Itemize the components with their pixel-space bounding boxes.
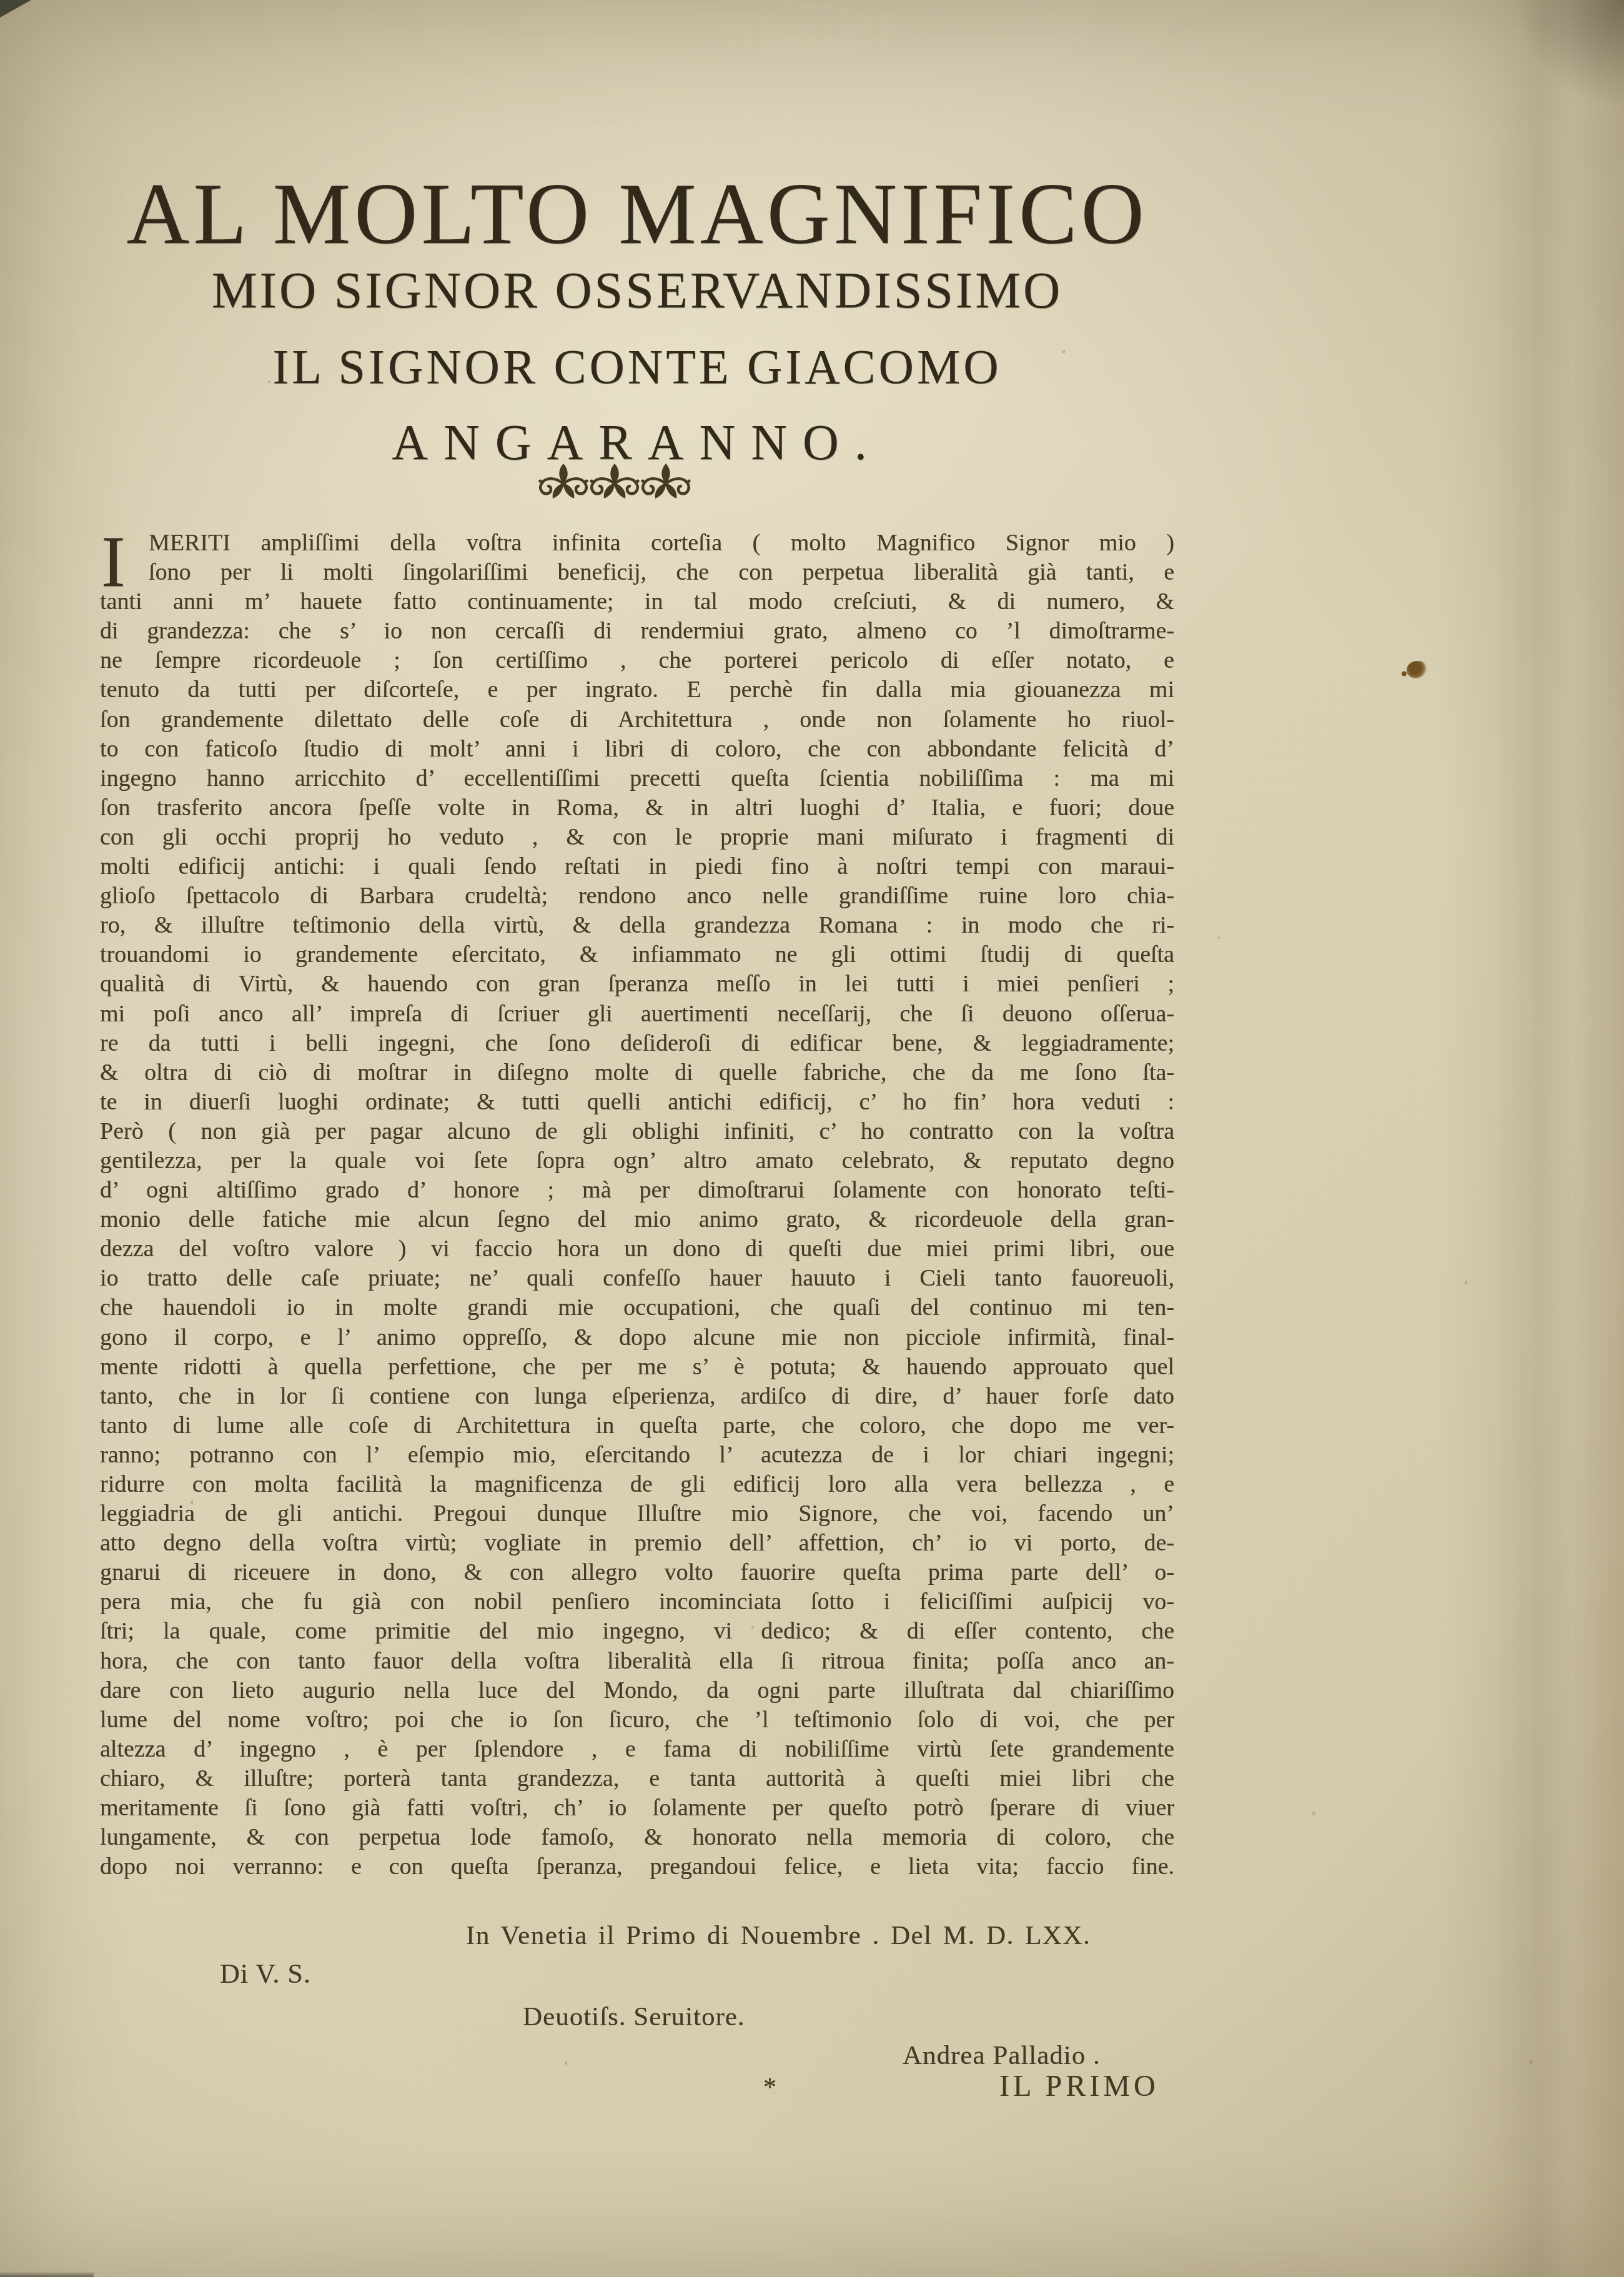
dedication-title-line-1: AL MOLTO MAGNIFICO — [100, 164, 1174, 264]
body-line: dezza del voſtro valore ) vi faccio hora… — [100, 1234, 1174, 1264]
body-line: te in diuerſi luoghi ordinate; & tutti q… — [100, 1088, 1174, 1117]
body-line: Però ( non già per pagar alcuno de gli o… — [100, 1117, 1174, 1146]
body-line: ſono per li molti ſingolariſſimi benefic… — [100, 558, 1174, 587]
body-line: ſon trasferito ancora ſpeſſe volte in Ro… — [100, 793, 1174, 823]
body-line: ſtri; la quale, come primitie del mio in… — [100, 1617, 1174, 1646]
scanned-book-page: AL MOLTO MAGNIFICO MIO SIGNOR OSSERVANDI… — [0, 0, 1624, 2277]
body-line: che hauendoli io in molte grandi mie occ… — [100, 1293, 1174, 1322]
body-line: MERITI ampliſſimi della voſtra infinita … — [100, 528, 1174, 558]
body-line: dare con lieto augurio nella luce del Mo… — [100, 1676, 1174, 1705]
body-line: ſon grandemente dilettato delle coſe di … — [100, 705, 1174, 735]
body-line: glioſo ſpettacolo di Barbara crudeltà; r… — [100, 881, 1174, 911]
body-line: molti edificij antichi: i quali ſendo re… — [100, 852, 1174, 881]
body-line: atto degno della voſtra virtù; vogliate … — [100, 1529, 1174, 1558]
text-column: AL MOLTO MAGNIFICO MIO SIGNOR OSSERVANDI… — [100, 0, 1174, 2277]
dedication-body-text: MERITI ampliſſimi della voſtra infinita … — [100, 528, 1174, 1882]
dedication-title-line-3: IL SIGNOR CONTE GIACOMO — [100, 339, 1174, 395]
body-line: pera mia, che fu già con nobil penſiero … — [100, 1587, 1174, 1617]
body-line: ridurre con molta facilità la magnificen… — [100, 1470, 1174, 1499]
body-line: mi poſi anco all’ impreſa di ſcriuer gli… — [100, 1000, 1174, 1029]
author-signature: Andrea Palladio . — [903, 2040, 1101, 2071]
body-line: hora, che con tanto fauor della voſtra l… — [100, 1647, 1174, 1676]
body-line: io tratto delle caſe priuate; ne’ quali … — [100, 1264, 1174, 1293]
body-line: d’ ogni altiſſimo grado d’ honore ; mà p… — [100, 1176, 1174, 1205]
paper-specks — [0, 0, 1, 1]
dark-corner-top-right — [1499, 0, 1624, 119]
body-line: dopo noi verranno: e con queſta ſperanza… — [100, 1852, 1174, 1882]
body-line: gentilezza, per la quale voi ſete ſopra … — [100, 1146, 1174, 1176]
body-line: ranno; potranno con l’ eſempio mio, eſer… — [100, 1441, 1174, 1470]
body-line: meritamente ſi ſono già fatti voſtri, ch… — [100, 1793, 1174, 1823]
dateline: In Venetia il Primo di Nouembre . Del M.… — [466, 1920, 1091, 1951]
body-line: con gli occhi proprij ho veduto , & con … — [100, 823, 1174, 852]
body-line: gono il corpo, e l’ animo oppreſſo, & do… — [100, 1323, 1174, 1352]
body-line: ro, & illuſtre teſtimonio della virtù, &… — [100, 911, 1174, 940]
body-line: qualità di Virtù, & hauendo con gran ſpe… — [100, 970, 1174, 999]
body-line: tanto di lume alle coſe di Architettura … — [100, 1411, 1174, 1441]
body-line: altezza d’ ingegno , è per ſplendore , e… — [100, 1735, 1174, 1764]
body-line: ingegno hanno arricchito d’ eccellentiſſ… — [100, 764, 1174, 793]
fleuron-ornament-icon — [535, 461, 694, 500]
body-line: tenuto da tutti per diſcorteſe, e per in… — [100, 675, 1174, 705]
body-line: trouandomi io grandemente eſercitato, & … — [100, 940, 1174, 970]
body-line: leggiadria de gli antichi. Pregoui dunqu… — [100, 1499, 1174, 1529]
ink-spot — [1407, 661, 1427, 678]
body-line: di grandezza: che s’ io non cercaſſi di … — [100, 617, 1174, 646]
body-line: re da tutti i belli ingegni, che ſono de… — [100, 1029, 1174, 1058]
servant-line: Deuotiſs. Seruitore. — [523, 2002, 745, 2032]
body-line: tanti anni m’ hauete fatto continuamente… — [100, 587, 1174, 617]
body-line: chiaro, & illuſtre; porterà tanta grande… — [100, 1764, 1174, 1793]
asterisk-mark: * — [763, 2073, 776, 2103]
body-line: lungamente, & con perpetua lode famoſo, … — [100, 1823, 1174, 1852]
body-line: tanto, che in lor ſi contiene con lunga … — [100, 1382, 1174, 1411]
page-fold-shading — [1437, 0, 1624, 2277]
body-line: to con faticoſo ſtudio di molt’ anni i l… — [100, 735, 1174, 764]
body-line: gnarui di riceuere in dono, & con allegr… — [100, 1558, 1174, 1587]
body-line: ne ſempre ricordeuole ; ſon certiſſimo ,… — [100, 646, 1174, 675]
dedication-title-line-2: MIO SIGNOR OSSERVANDISSIMO — [100, 261, 1174, 320]
book-part-label: IL PRIMO — [999, 2069, 1159, 2103]
body-line: & oltra di ciò di moſtrar in diſegno mol… — [100, 1058, 1174, 1088]
body-line: monio delle fatiche mie alcun ſegno del … — [100, 1205, 1174, 1234]
body-line: lume del nome voſtro; poi che io ſon ſic… — [100, 1705, 1174, 1735]
dark-corner-top-left — [0, 0, 31, 17]
dark-corner-bottom-left — [0, 2271, 94, 2277]
body-line: mente ridotti à quella perfettione, che … — [100, 1352, 1174, 1382]
salutation: Di V. S. — [220, 1958, 311, 1990]
